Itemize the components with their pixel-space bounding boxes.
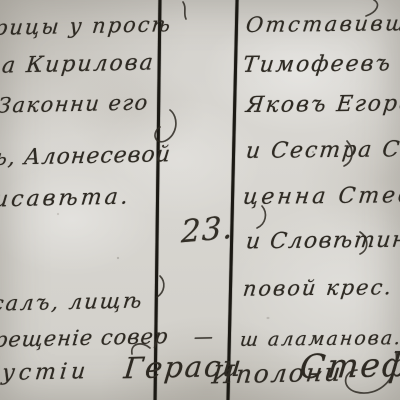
bottom-note-word: устіи [1, 359, 91, 386]
manuscript-line: исавѣта. [0, 185, 132, 213]
manuscript-line: рещеніе совер [0, 324, 170, 352]
manuscript-line: ценна Стеф [242, 183, 400, 210]
manuscript-line: повой крес. [242, 275, 395, 301]
manuscript-page: рицы у просѣ а Кирилова Законни его ь, А… [0, 0, 400, 400]
manuscript-line: Законни его [0, 90, 150, 117]
bottom-note-word: Стеф [298, 345, 400, 386]
manuscript-line: Яковъ Егоровъ [245, 91, 400, 118]
hyphen-dash: — [193, 326, 214, 348]
manuscript-line: рицы у просѣ [0, 12, 173, 40]
manuscript-line: Отставивши [245, 11, 400, 37]
manuscript-line: ь, Алонесевой [0, 142, 172, 171]
manuscript-line-text: и Словѣтина [245, 227, 400, 254]
manuscript-line: и Словѣтинац [245, 227, 400, 254]
manuscript-line: Тимофеевъ и [242, 51, 400, 78]
entry-number: 23. [181, 210, 234, 251]
manuscript-line: а Кирилова [1, 50, 156, 78]
manuscript-line: и Сестра Си [245, 137, 400, 164]
manuscript-line: салъ, лищѣ [0, 288, 145, 315]
flourish-stroke [183, 2, 186, 19]
ruled-column-line-right [226, 0, 238, 400]
flourish-stroke [157, 276, 164, 297]
